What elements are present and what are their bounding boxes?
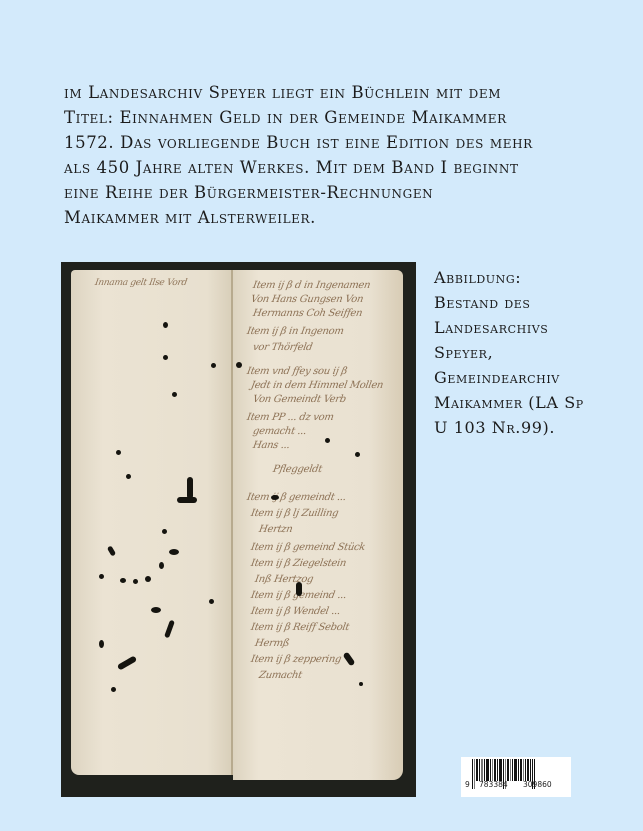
wormhole	[116, 450, 121, 455]
caption-line: Speyer,	[434, 340, 624, 365]
wormhole	[296, 582, 302, 596]
barcode-group-1: 783384	[479, 780, 508, 789]
wormhole	[359, 682, 363, 686]
manuscript-line: Von Hans Gungsen Von	[250, 294, 364, 305]
blurb-line: als 450 Jahre alten Werkes. Mit dem Band…	[64, 155, 584, 180]
wormhole	[145, 576, 151, 582]
manuscript-line: gemacht ...	[252, 426, 307, 437]
barcode-group-2: 309860	[523, 780, 552, 789]
wormhole	[126, 474, 131, 479]
manuscript-line: Hans ...	[252, 440, 291, 451]
isbn-barcode: 9 783384 309860	[461, 757, 571, 797]
manuscript-line: Item ij β d in Ingenamen	[252, 280, 371, 291]
barcode-prefix: 9	[465, 780, 470, 789]
manuscript-line: Hermß	[254, 638, 290, 649]
caption-line: Gemeindearchiv	[434, 365, 624, 390]
wormhole	[209, 599, 214, 604]
blurb-line: eine Reihe der Bürgermeister-Rechnungen	[64, 180, 584, 205]
manuscript-photo: Innama gelt Ilse Vord Item ij β d in Ing…	[61, 262, 416, 797]
wormhole	[325, 438, 330, 443]
wormhole	[163, 322, 168, 328]
manuscript-line: Item ij β zeppering	[250, 654, 342, 665]
left-page-heading: Innama gelt Ilse Vord	[94, 278, 188, 288]
caption-line: Bestand des	[434, 290, 624, 315]
manuscript-line: Item ij β lj Zuilling	[250, 508, 339, 519]
manuscript-line: vor Thörfeld	[252, 342, 313, 353]
manuscript-line: Jedt in dem Himmel Mollen	[250, 380, 384, 391]
wormhole	[355, 452, 360, 457]
manuscript-line: Hertzn	[258, 524, 293, 535]
manuscript-line: Item PP ... dz vom	[246, 412, 334, 423]
wormhole	[162, 529, 167, 534]
manuscript-line: Pfleggeldt	[272, 464, 323, 475]
wormhole	[163, 355, 168, 360]
manuscript-line: Hermanns Coh Seiffen	[252, 308, 363, 319]
blurb-line: Maikammer mit Alsterweiler.	[64, 205, 584, 230]
wormhole	[133, 579, 138, 584]
blurb-line: im Landesarchiv Speyer liegt ein Büchlei…	[64, 80, 584, 105]
manuscript-line: Von Gemeindt Verb	[252, 394, 347, 405]
wormhole	[169, 549, 179, 555]
manuscript-line: Item ij β gemeindt ...	[246, 492, 347, 503]
image-caption: Abbildung: Bestand des Landesarchivs Spe…	[434, 265, 624, 440]
wormhole	[159, 562, 164, 569]
caption-line: U 103 Nr.99).	[434, 415, 624, 440]
manuscript-line: Item ij β Ziegelstein	[250, 558, 347, 569]
wormhole	[99, 640, 104, 648]
manuscript-line: Zumacht	[258, 670, 303, 681]
manuscript-line: Item ij β Wendel ...	[250, 606, 341, 617]
ink-blot	[177, 497, 197, 503]
wormhole	[99, 574, 104, 579]
right-page: Item ij β d in Ingenamen Von Hans Gungse…	[233, 270, 403, 780]
wormhole	[151, 607, 161, 613]
blurb-line: 1572. Das vorliegende Buch ist eine Edit…	[64, 130, 584, 155]
wormhole	[172, 392, 177, 397]
left-page: Innama gelt Ilse Vord	[71, 270, 231, 775]
caption-line: Abbildung:	[434, 265, 624, 290]
manuscript-line: Item ij β Reiff Sebolt	[250, 622, 350, 633]
manuscript-line: Item ij β in Ingenom	[246, 326, 344, 337]
wormhole	[111, 687, 116, 692]
wormhole	[211, 363, 216, 368]
back-cover-blurb: im Landesarchiv Speyer liegt ein Büchlei…	[64, 80, 584, 230]
wormhole	[271, 495, 279, 500]
ink-blot	[187, 477, 193, 499]
wormhole	[120, 578, 126, 583]
blurb-line: Titel: Einnahmen Geld in der Gemeinde Ma…	[64, 105, 584, 130]
caption-line: Landesarchivs	[434, 315, 624, 340]
caption-line: Maikammer (LA Sp	[434, 390, 624, 415]
manuscript-line: Inß Hertzog	[254, 574, 314, 585]
manuscript-line: Item vnd ffey sou ij β	[246, 366, 348, 377]
manuscript-line: Item ij β gemeind Stück	[250, 542, 366, 553]
wormhole	[236, 362, 242, 368]
